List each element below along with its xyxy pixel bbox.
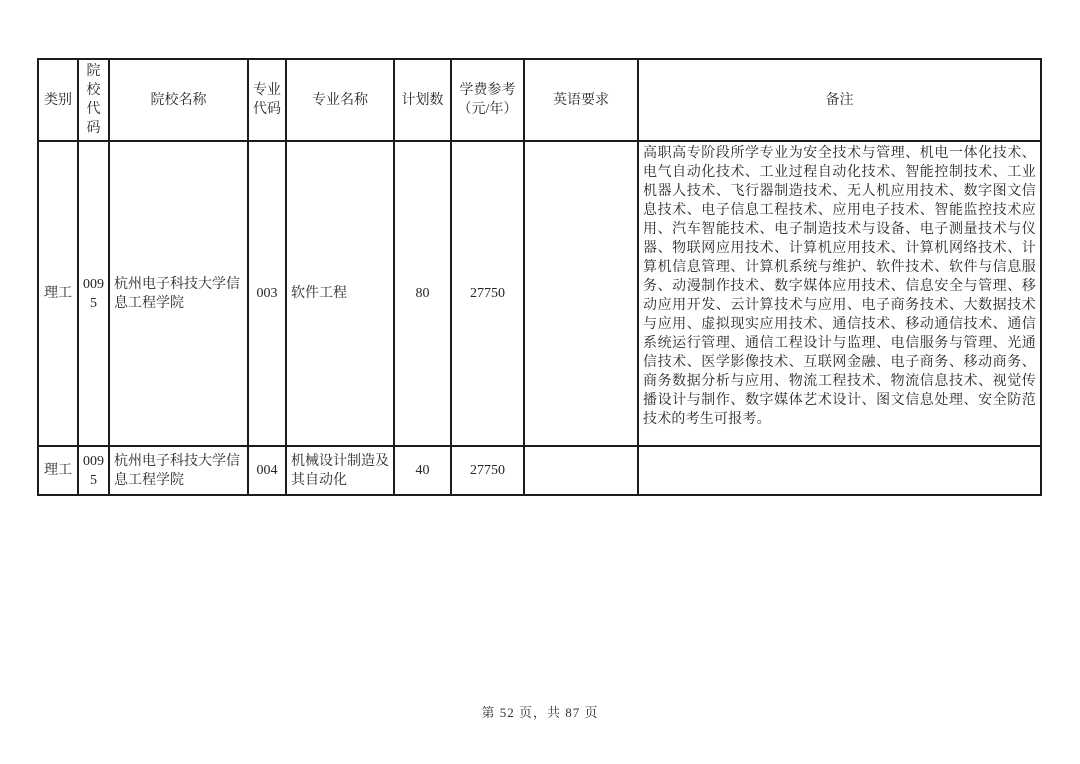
document-page: 类别 院校代码 院校名称 专业代码 专业名称 计划数 学费参考（元/年） 英语要… bbox=[0, 0, 1080, 764]
cell-english-requirement bbox=[524, 446, 638, 495]
table-row: 理工 0095 杭州电子科技大学信息工程学院 004 机械设计制造及其自动化 4… bbox=[38, 446, 1041, 495]
header-remarks: 备注 bbox=[638, 59, 1041, 141]
header-major-code: 专业代码 bbox=[248, 59, 286, 141]
header-category: 类别 bbox=[38, 59, 78, 141]
page-number-indicator: 第 52 页，共 87 页 bbox=[0, 702, 1080, 721]
cell-remarks bbox=[638, 446, 1041, 495]
cell-tuition: 27750 bbox=[451, 446, 524, 495]
header-english-requirement: 英语要求 bbox=[524, 59, 638, 141]
header-college-name: 院校名称 bbox=[109, 59, 248, 141]
header-major-name: 专业名称 bbox=[286, 59, 394, 141]
cell-category: 理工 bbox=[38, 446, 78, 495]
table-row: 理工 0095 杭州电子科技大学信息工程学院 003 软件工程 80 27750… bbox=[38, 141, 1041, 446]
admissions-plan-table: 类别 院校代码 院校名称 专业代码 专业名称 计划数 学费参考（元/年） 英语要… bbox=[37, 58, 1042, 496]
header-plan-count: 计划数 bbox=[394, 59, 451, 141]
cell-plan-count: 40 bbox=[394, 446, 451, 495]
cell-english-requirement bbox=[524, 141, 638, 446]
cell-college-name: 杭州电子科技大学信息工程学院 bbox=[109, 141, 248, 446]
header-college-code: 院校代码 bbox=[78, 59, 109, 141]
cell-tuition: 27750 bbox=[451, 141, 524, 446]
cell-major-code: 004 bbox=[248, 446, 286, 495]
cell-college-name: 杭州电子科技大学信息工程学院 bbox=[109, 446, 248, 495]
header-tuition: 学费参考（元/年） bbox=[451, 59, 524, 141]
table-header-row: 类别 院校代码 院校名称 专业代码 专业名称 计划数 学费参考（元/年） 英语要… bbox=[38, 59, 1041, 141]
cell-category: 理工 bbox=[38, 141, 78, 446]
cell-college-code: 0095 bbox=[78, 446, 109, 495]
cell-major-name: 机械设计制造及其自动化 bbox=[286, 446, 394, 495]
cell-major-name: 软件工程 bbox=[286, 141, 394, 446]
cell-plan-count: 80 bbox=[394, 141, 451, 446]
cell-remarks: 高职高专阶段所学专业为安全技术与管理、机电一体化技术、电气自动化技术、工业过程自… bbox=[638, 141, 1041, 446]
cell-major-code: 003 bbox=[248, 141, 286, 446]
cell-college-code: 0095 bbox=[78, 141, 109, 446]
